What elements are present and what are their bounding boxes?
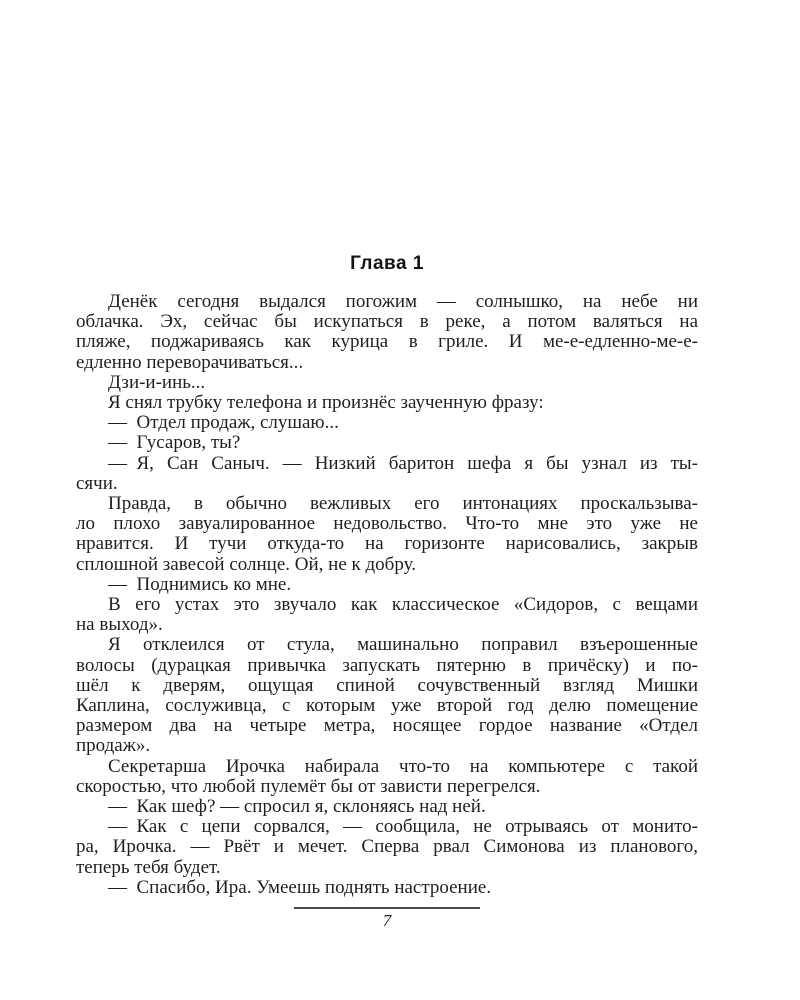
text-line: скоростью, что любой пулемёт бы от завис… <box>76 777 698 797</box>
text-line: размером два на четыре метра, носящее го… <box>76 716 698 736</box>
text-line: теперь тебя будет. <box>76 858 698 878</box>
text-line: Правда, в обычно вежливых его интонациях… <box>76 494 698 514</box>
book-text: Денёк сегодня выдался погожим — солнышко… <box>76 292 698 898</box>
paragraph: — Я, Сан Саныч. — Низкий баритон шефа я … <box>76 454 698 494</box>
text-line: — Я, Сан Саныч. — Низкий баритон шефа я … <box>76 454 698 474</box>
chapter-heading: Глава 1 <box>76 252 698 275</box>
paragraph: Я отклеился от стула, машинально поправи… <box>76 635 698 756</box>
text-line: — Как шеф? — спросил я, склоняясь над не… <box>76 797 698 817</box>
paragraph: Я снял трубку телефона и произнёс заучен… <box>76 393 698 413</box>
text-line: — Поднимись ко мне. <box>76 575 698 595</box>
text-line: — Как с цепи сорвался, — сообщила, не от… <box>76 817 698 837</box>
text-line: волосы (дурацкая привычка запускать пяте… <box>76 656 698 676</box>
book-page: Глава 1 Денёк сегодня выдался погожим — … <box>76 0 698 931</box>
text-line: пляже, поджариваясь как курица в гриле. … <box>76 332 698 352</box>
paragraph: — Спасибо, Ира. Умеешь поднять настроени… <box>76 878 698 898</box>
paragraph: Дзи-и-инь... <box>76 373 698 393</box>
text-line: Я отклеился от стула, машинально поправи… <box>76 635 698 655</box>
text-line: сячи. <box>76 474 698 494</box>
text-line: Дзи-и-инь... <box>76 373 698 393</box>
text-line: Я снял трубку телефона и произнёс заучен… <box>76 393 698 413</box>
text-line: — Отдел продаж, слушаю... <box>76 413 698 433</box>
paragraph: — Как с цепи сорвался, — сообщила, не от… <box>76 817 698 878</box>
text-line: сплошной завесой солнце. Ой, не к добру. <box>76 555 698 575</box>
text-line: шёл к дверям, ощущая спиной сочувственны… <box>76 676 698 696</box>
footer-divider <box>294 907 480 909</box>
text-line: облачка. Эх, сейчас бы искупаться в реке… <box>76 312 698 332</box>
text-line: на выход». <box>76 615 698 635</box>
paragraph: Денёк сегодня выдался погожим — солнышко… <box>76 292 698 373</box>
paragraph: Правда, в обычно вежливых его интонациях… <box>76 494 698 575</box>
text-line: Денёк сегодня выдался погожим — солнышко… <box>76 292 698 312</box>
text-line: нравится. И тучи откуда-то на горизонте … <box>76 534 698 554</box>
paragraph: Секретарша Ирочка набирала что-то на ком… <box>76 757 698 797</box>
paragraph: — Поднимись ко мне. <box>76 575 698 595</box>
text-line: — Спасибо, Ира. Умеешь поднять настроени… <box>76 878 698 898</box>
paragraph: — Гусаров, ты? <box>76 433 698 453</box>
text-line: В его устах это звучало как классическое… <box>76 595 698 615</box>
text-line: Каплина, сослуживца, с которым уже второ… <box>76 696 698 716</box>
text-line: — Гусаров, ты? <box>76 433 698 453</box>
text-line: ло плохо завуалированное недовольство. Ч… <box>76 514 698 534</box>
paragraph: — Как шеф? — спросил я, склоняясь над не… <box>76 797 698 817</box>
text-line: едленно переворачиваться... <box>76 353 698 373</box>
paragraph: — Отдел продаж, слушаю... <box>76 413 698 433</box>
text-line: Секретарша Ирочка набирала что-то на ком… <box>76 757 698 777</box>
text-line: продаж». <box>76 736 698 756</box>
text-line: ра, Ирочка. — Рвёт и мечет. Сперва рвал … <box>76 837 698 857</box>
page-number: 7 <box>76 911 698 931</box>
paragraph: В его устах это звучало как классическое… <box>76 595 698 635</box>
